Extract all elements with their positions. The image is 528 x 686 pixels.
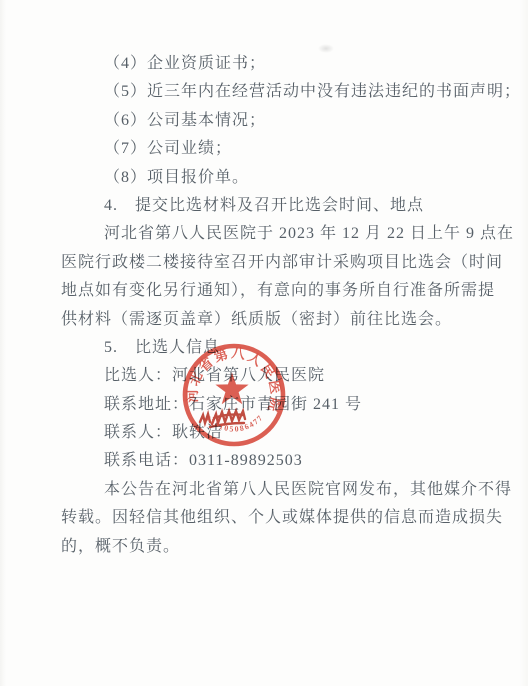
- contact-person-line: 联系人：耿轶洁: [61, 419, 497, 447]
- list-item-6: （6）公司基本情况；: [61, 107, 497, 135]
- list-item-5: （5）近三年内在经营活动中没有违法违纪的书面声明；: [61, 78, 497, 106]
- list-item-8: （8）项目报价单。: [61, 164, 497, 192]
- list-item-7: （7）公司业绩；: [61, 135, 497, 163]
- list-item-4: （4）企业资质证书；: [61, 50, 497, 78]
- contact-phone-line: 联系电话：0311-89892503: [61, 447, 497, 475]
- notice-line: 的，概不负责。: [61, 533, 497, 561]
- section-5-heading: 5. 比选人信息: [61, 334, 497, 362]
- selector-name-line: 比选人：河北省第八人民医院: [61, 362, 497, 390]
- paragraph-line: 地点如有变化另行通知），有意向的事务所自行准备所需提: [61, 277, 497, 305]
- contact-address-line: 联系地址：石家庄市青园街 241 号: [61, 391, 497, 419]
- document-body: （4）企业资质证书； （5）近三年内在经营活动中没有违法违纪的书面声明； （6）…: [61, 50, 497, 561]
- section-4-heading: 4. 提交比选材料及召开比选会时间、地点: [61, 192, 497, 220]
- paragraph-line: 医院行政楼二楼接待室召开内部审计采购项目比选会（时间: [61, 249, 497, 277]
- notice-line: 转载。因轻信其他组织、个人或媒体提供的信息而造成损失: [61, 504, 497, 532]
- paragraph-line: 河北省第八人民医院于 2023 年 12 月 22 日上午 9 点在: [61, 220, 497, 248]
- scanned-page: （4）企业资质证书； （5）近三年内在经营活动中没有违法违纪的书面声明； （6）…: [0, 0, 528, 686]
- notice-line: 本公告在河北省第八人民医院官网发布，其他媒介不得: [61, 476, 497, 504]
- paragraph-line: 供材料（需逐页盖章）纸质版（密封）前往比选会。: [61, 306, 497, 334]
